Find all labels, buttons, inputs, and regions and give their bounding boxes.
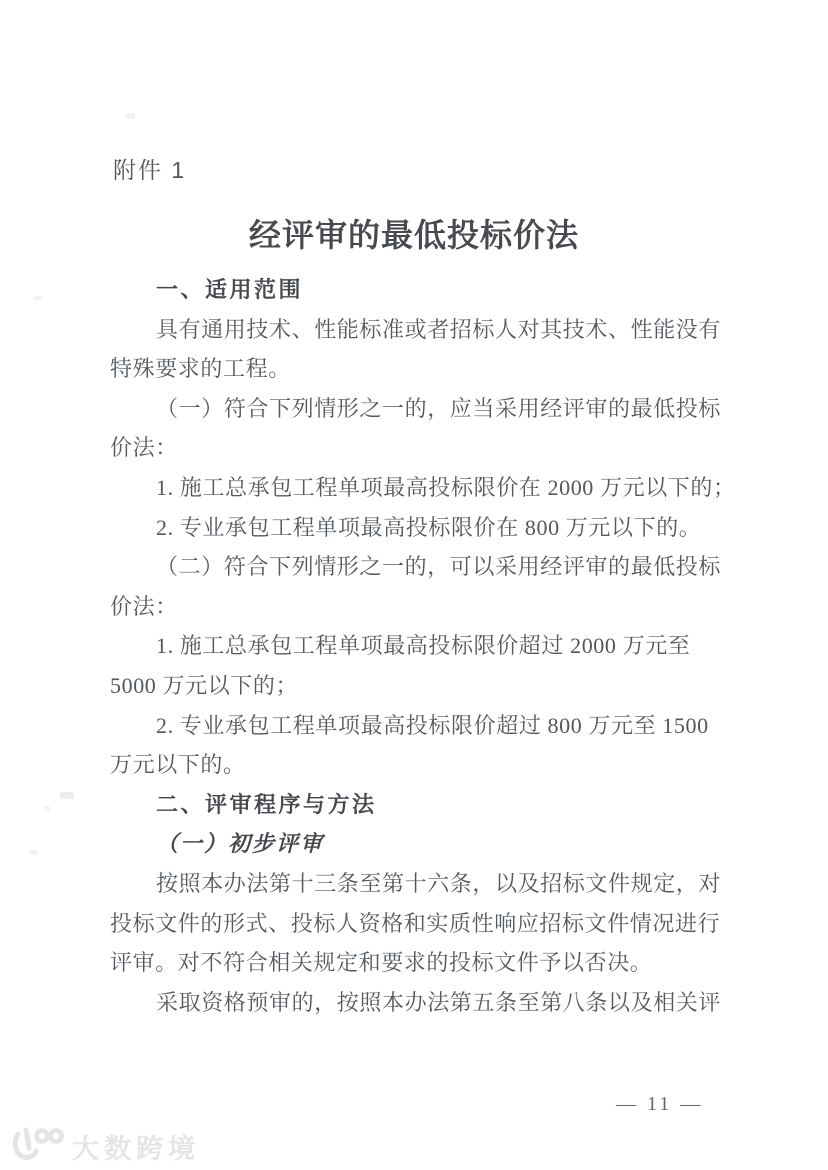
section1-heading: 一、适用范围 bbox=[110, 270, 728, 310]
scan-speck bbox=[33, 296, 43, 300]
scan-speck bbox=[126, 113, 135, 119]
section2-subheading: （一）初步评审 bbox=[110, 824, 728, 864]
paragraph-line: （一）符合下列情形之一的，应当采用经评审的最低投标 bbox=[110, 389, 728, 429]
page-number: — 11 — bbox=[616, 1093, 703, 1116]
scan-speck bbox=[30, 850, 38, 855]
paragraph-line: 采取资格预审的，按照本办法第五条至第八条以及相关评 bbox=[110, 983, 728, 1023]
list-item: 1. 施工总承包工程单项最高投标限价超过 2000 万元至 bbox=[110, 626, 728, 666]
list-item-continuation: 万元以下的。 bbox=[110, 745, 728, 785]
watermark-label: 大数跨境 bbox=[72, 1127, 200, 1166]
paragraph-line: 价法： bbox=[110, 428, 728, 468]
paragraph-line: （二）符合下列情形之一的，可以采用经评审的最低投标 bbox=[110, 547, 728, 587]
list-item: 2. 专业承包工程单项最高投标限价在 800 万元以下的。 bbox=[110, 508, 728, 548]
list-item: 2. 专业承包工程单项最高投标限价超过 800 万元至 1500 bbox=[110, 706, 728, 746]
paragraph-line: 特殊要求的工程。 bbox=[110, 349, 728, 389]
paragraph-line: 投标文件的形式、投标人资格和实质性响应招标文件情况进行 bbox=[110, 904, 728, 944]
paragraph-line: 具有通用技术、性能标准或者招标人对其技术、性能没有 bbox=[110, 310, 728, 350]
section2-heading: 二、评审程序与方法 bbox=[110, 785, 728, 825]
list-item: 1. 施工总承包工程单项最高投标限价在 2000 万元以下的； bbox=[110, 468, 728, 508]
attachment-label: 附件 1 bbox=[113, 152, 186, 185]
list-item-continuation: 5000 万元以下的； bbox=[110, 666, 728, 706]
document-page: 附件 1 经评审的最低投标价法 一、适用范围 具有通用技术、性能标准或者招标人对… bbox=[0, 0, 828, 1170]
paragraph-line: 按照本办法第十三条至第十六条，以及招标文件规定，对 bbox=[110, 864, 728, 904]
paragraph-line: 价法： bbox=[110, 587, 728, 627]
document-title: 经评审的最低投标价法 bbox=[0, 210, 828, 256]
document-body: 一、适用范围 具有通用技术、性能标准或者招标人对其技术、性能没有 特殊要求的工程… bbox=[110, 270, 728, 1022]
paragraph-line: 评审。对不符合相关规定和要求的投标文件予以否决。 bbox=[110, 943, 728, 983]
watermark: 大数跨境 bbox=[12, 1126, 200, 1167]
watermark-logo-icon bbox=[12, 1126, 64, 1167]
scan-speck bbox=[60, 792, 74, 799]
scan-speck bbox=[44, 806, 50, 811]
